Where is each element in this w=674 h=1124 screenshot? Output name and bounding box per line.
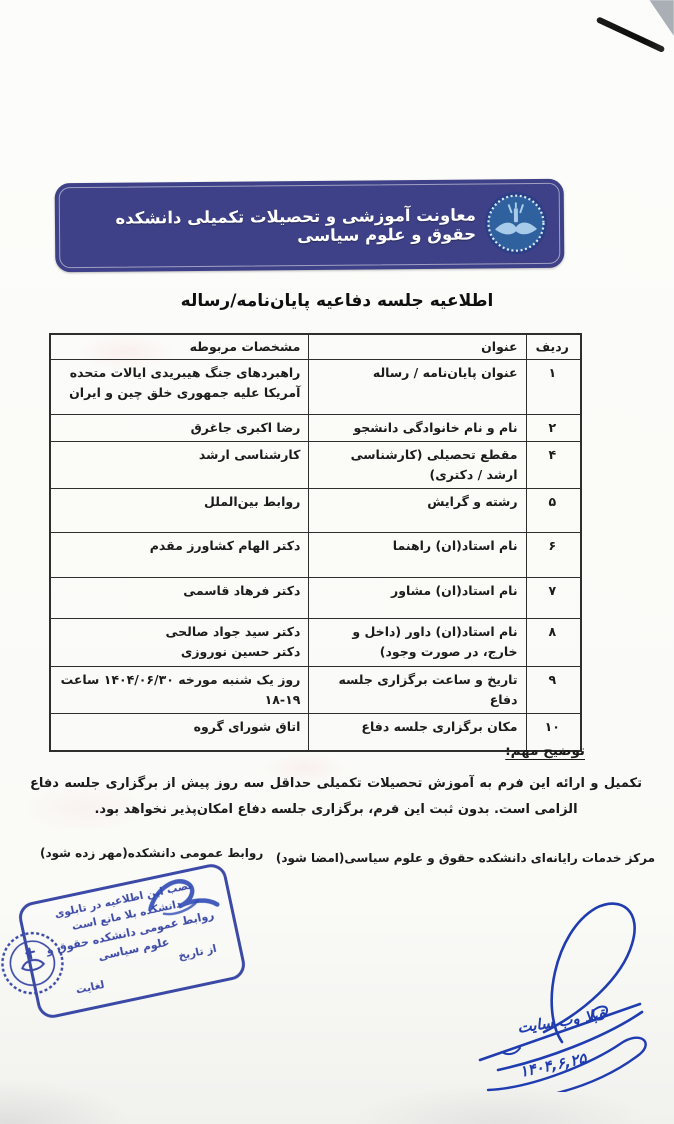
table-row: ۷ نام استاد(ان) مشاور دکتر فرهاد قاسمی	[50, 578, 581, 619]
important-note-body: تکمیل و ارائه این فرم به آموزش تحصیلات ت…	[30, 771, 642, 823]
row-value-cell: دکتر الهام کشاورز مقدم	[50, 533, 309, 578]
public-relations-approval-stamp: نصب این اطلاعیه در تابلویدانشکده بلا مان…	[16, 861, 248, 1020]
defense-form-table: ردیف عنوان مشخصات مربوطه ۱ عنوان پایان‌ن…	[49, 333, 582, 752]
it-center-signature-label: مرکز خدمات رایانه‌ای دانشکده حقوق و علوم…	[276, 851, 655, 865]
stamp-date-from: از تاریخ	[177, 942, 220, 974]
table-row: ۵ رشته و گرایش روابط بین‌الملل	[50, 489, 581, 533]
important-note-heading: توضیح مهم:	[505, 743, 585, 759]
table-row: ۱۰ مکان برگزاری جلسه دفاع اتاق شورای گرو…	[50, 714, 581, 751]
row-value-cell: کارشناسی ارشد	[50, 442, 309, 489]
row-value-cell: راهبردهای جنگ هیبریدی ایالات متحده آمریک…	[50, 360, 309, 415]
scanned-form-page: معاونت آموزشی و تحصیلات تکمیلی دانشکده ح…	[0, 0, 674, 1124]
university-of-tehran-logo-icon	[484, 191, 549, 256]
table-row: ۴ مقطع تحصیلی (کارشناسی ارشد / دکتری) کا…	[50, 442, 581, 489]
form-table-header: ردیف عنوان مشخصات مربوطه	[50, 334, 581, 360]
row-number-cell: ۱	[526, 360, 581, 415]
row-label-cell: نام استاد(ان) داور (داخل و خارج، در صورت…	[309, 619, 526, 667]
table-header-row: ردیف عنوان مشخصات مربوطه	[50, 334, 581, 360]
row-number-cell: ۴	[526, 442, 581, 489]
row-number-cell: ۷	[526, 578, 581, 619]
row-number-cell: ۵	[526, 489, 581, 533]
row-value-cell: اتاق شورای گروه	[50, 714, 309, 751]
pen-mark-artifact	[596, 16, 666, 53]
public-relations-stamp-label: روابط عمومی دانشکده(مهر زده شود)	[40, 846, 263, 860]
form-table-body: ۱ عنوان پایان‌نامه / رساله راهبردهای جنگ…	[50, 360, 581, 751]
row-label-cell: نام و نام خانوادگی دانشجو	[309, 415, 526, 442]
row-label-cell: مکان برگزاری جلسه دفاع	[309, 714, 526, 751]
document-title: اطلاعیه جلسه دفاعیه پایان‌نامه/رساله	[0, 291, 674, 311]
row-value-cell: روز یک شنبه مورخه ۱۴۰۴/۰۶/۳۰ ساعت ۱۹-۱۸	[50, 667, 309, 714]
handwritten-signature: قبلا وب سایت ۱۴۰۴,۶,۲۵	[444, 892, 670, 1092]
header-details: مشخصات مربوطه	[50, 334, 309, 360]
banner-title: معاونت آموزشی و تحصیلات تکمیلی دانشکده ح…	[69, 180, 477, 273]
table-row: ۹ تاریخ و ساعت برگزاری جلسه دفاع روز یک …	[50, 667, 581, 714]
row-label-cell: نام استاد(ان) راهنما	[309, 533, 526, 578]
row-number-cell: ۶	[526, 533, 581, 578]
row-label-cell: رشته و گرایش	[309, 489, 526, 533]
stamp-date-to: لغایت	[75, 978, 106, 996]
table-row: ۶ نام استاد(ان) راهنما دکتر الهام کشاورز…	[50, 533, 581, 578]
row-value-cell: روابط بین‌الملل	[50, 489, 309, 533]
row-number-cell: ۹	[526, 667, 581, 714]
table-row: ۲ نام و نام خانوادگی دانشجو رضا اکبری جا…	[50, 415, 581, 442]
row-label-cell: نام استاد(ان) مشاور	[309, 578, 526, 619]
table-row: ۱ عنوان پایان‌نامه / رساله راهبردهای جنگ…	[50, 360, 581, 415]
table-row: ۸ نام استاد(ان) داور (داخل و خارج، در صو…	[50, 619, 581, 667]
row-value-cell: رضا اکبری جاغرق	[50, 415, 309, 442]
header-row-number: ردیف	[526, 334, 581, 360]
header-title: عنوان	[309, 334, 526, 360]
row-number-cell: ۸	[526, 619, 581, 667]
header-banner: معاونت آموزشی و تحصیلات تکمیلی دانشکده ح…	[55, 179, 565, 272]
row-number-cell: ۲	[526, 415, 581, 442]
row-value-cell: دکتر سید جواد صالحی دکتر حسین نوروزی	[50, 619, 309, 667]
row-label-cell: تاریخ و ساعت برگزاری جلسه دفاع	[309, 667, 526, 714]
row-label-cell: مقطع تحصیلی (کارشناسی ارشد / دکتری)	[309, 442, 526, 489]
row-label-cell: عنوان پایان‌نامه / رساله	[309, 360, 526, 415]
scan-corner-artifact	[644, 0, 674, 44]
row-value-cell: دکتر فرهاد قاسمی	[50, 578, 309, 619]
